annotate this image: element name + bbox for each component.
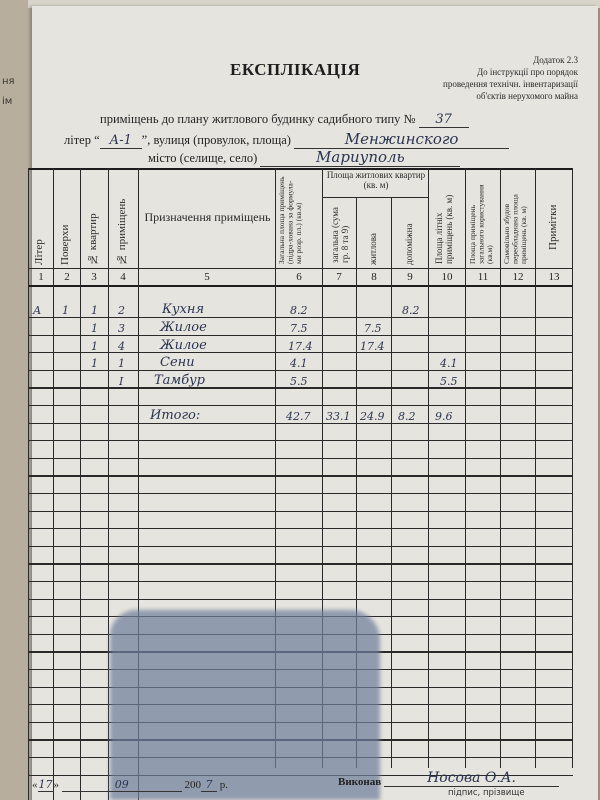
column-number: 9 — [395, 271, 425, 283]
header-apartment-no: № квартир — [88, 200, 99, 265]
header-total-area: Загальна площа приміщень (підра-хована з… — [278, 172, 320, 264]
cell-room: 4 — [118, 340, 125, 353]
totals-auxiliary: 8.2 — [398, 410, 416, 423]
row-divider — [28, 528, 573, 529]
table-top-border — [28, 168, 573, 170]
cell-apartment: 1 — [91, 357, 98, 370]
column-number: 11 — [468, 271, 498, 283]
row-divider — [28, 475, 573, 476]
row-divider — [28, 581, 573, 582]
signature-caption: підпис, прізвище — [448, 788, 525, 798]
header-bottom-border — [28, 268, 573, 269]
row-divider — [28, 599, 573, 600]
cell-total: 7.5 — [290, 322, 308, 335]
cell-total: 8.2 — [290, 304, 308, 317]
date-quote-close: » — [54, 779, 60, 791]
totals-total: 42.7 — [286, 410, 311, 423]
column-numbers-bottom-border — [28, 285, 573, 287]
column-number: 8 — [359, 271, 389, 283]
cell-room: 3 — [118, 322, 125, 335]
cell-room: 2 — [118, 304, 125, 317]
header-summer-area: Площа літніх приміщень (кв. м) — [434, 180, 456, 264]
row-divider — [28, 440, 573, 441]
cell-summer: 5.5 — [440, 375, 458, 388]
column-number: 13 — [539, 271, 569, 283]
date-month-field[interactable]: 09 — [62, 778, 182, 792]
cell-summer: 4.1 — [440, 357, 458, 370]
row-divider — [28, 405, 573, 406]
cell-apartment: 1 — [91, 322, 98, 335]
cell-total: 5.5 — [290, 375, 308, 388]
header-notes: Примітки — [548, 195, 559, 250]
column-number: 7 — [324, 271, 354, 283]
column-divider — [391, 197, 392, 768]
header-living: житлова — [368, 225, 379, 265]
date-day-field[interactable]: 17 — [38, 778, 54, 792]
cell-room: I — [119, 375, 123, 388]
row-divider — [28, 493, 573, 494]
cell-living: 17.4 — [360, 340, 385, 353]
phone-shadow — [110, 610, 380, 800]
totals-summer: 9.6 — [435, 410, 453, 423]
column-number: 2 — [52, 271, 82, 283]
cell-purpose: Жилое — [160, 338, 207, 353]
year-suffix: р. — [220, 779, 228, 791]
cell-apartment: 1 — [91, 340, 98, 353]
table-right-border — [572, 168, 573, 768]
header-liter: Літер — [34, 225, 45, 265]
row-divider — [28, 511, 573, 512]
executor-field[interactable]: Носова О.А. — [384, 770, 559, 787]
cell-purpose: Тамбур — [154, 373, 205, 388]
cell-purpose: Сени — [160, 355, 195, 370]
group-header-divider — [322, 197, 428, 198]
header-unauthorized-area: Самовільно збудов переобладнана площа пр… — [503, 178, 533, 264]
row-divider — [28, 546, 573, 547]
column-number: 5 — [192, 271, 222, 283]
date-line: «17» 09 2007 р. — [32, 778, 228, 792]
header-floors: Поверхи — [60, 205, 71, 265]
cell-apartment: 1 — [91, 304, 98, 317]
totals-apt-total: 33.1 — [326, 410, 351, 423]
row-divider — [28, 563, 573, 564]
header-room-no: № приміщень — [117, 190, 128, 265]
row-divider — [28, 458, 573, 459]
cell-total: 17.4 — [288, 340, 313, 353]
column-divider — [535, 168, 536, 768]
totals-label: Итого: — [150, 408, 200, 423]
totals-living: 24.9 — [360, 410, 385, 423]
header-living-apartments-group: Площа житлових квартир (кв. м) — [324, 170, 428, 190]
column-number: 10 — [432, 271, 462, 283]
cell-room: 1 — [118, 357, 125, 370]
row-divider — [28, 317, 573, 318]
cell-total: 4.1 — [290, 357, 308, 370]
cell-living: 7.5 — [364, 322, 382, 335]
header-auxiliary: допоміжна — [404, 215, 415, 265]
column-divider — [428, 168, 429, 768]
cell-purpose: Кухня — [162, 302, 204, 317]
header-apt-total: загальна (сума гр. 8 та 9) — [330, 205, 352, 263]
column-number: 3 — [79, 271, 109, 283]
cell-purpose: Жилое — [160, 320, 207, 335]
header-purpose: Призначення приміщень — [140, 210, 275, 224]
executor-label: Виконав — [338, 776, 381, 788]
cell-floor: 1 — [62, 304, 69, 317]
cell-auxiliary: 8.2 — [402, 304, 420, 317]
cell-liter: А — [33, 304, 41, 317]
column-divider — [465, 168, 466, 768]
year-digit-field[interactable]: 7 — [201, 778, 217, 792]
column-divider — [500, 168, 501, 768]
column-number: 6 — [284, 271, 314, 283]
column-number: 12 — [503, 271, 533, 283]
column-number: 4 — [108, 271, 138, 283]
header-common-area: Площа приміщень загального користування … — [469, 178, 497, 264]
year-prefix: 200 — [185, 779, 202, 791]
